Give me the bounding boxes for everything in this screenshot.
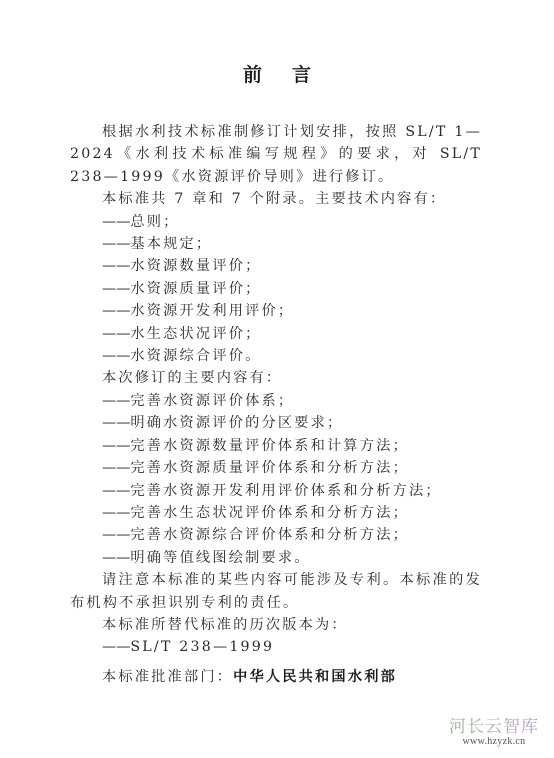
- list-item: ——水资源综合评价。: [70, 345, 482, 367]
- list-item: ——完善水资源开发利用评价体系和分析方法；: [70, 480, 482, 502]
- list-item-text: 水资源开发利用评价；: [130, 303, 294, 319]
- dash: ——: [102, 258, 130, 274]
- list-item-text: 水资源综合评价。: [130, 348, 261, 364]
- approval-label: 本标准批准部门：: [102, 669, 233, 685]
- list-item-text: 水资源数量评价；: [130, 258, 261, 274]
- structure-paragraph: 本标准共 7 章和 7 个附录。主要技术内容有：: [70, 188, 482, 210]
- list-item-text: 完善水资源质量评价体系和分析方法；: [130, 460, 409, 476]
- intro-paragraph: 根据水利技术标准制修订计划安排，按照 SL/T 1—2024《水利技术标准编写规…: [70, 121, 482, 188]
- list-item: ——完善水资源综合评价体系和分析方法；: [70, 524, 482, 546]
- list-item-text: 总则；: [130, 214, 179, 230]
- dash: ——: [102, 438, 130, 454]
- approval-line: 本标准批准部门：中华人民共和国水利部: [102, 666, 397, 688]
- patent-notice: 请注意本标准的某些内容可能涉及专利。本标准的发布机构不承担识别专利的责任。: [70, 569, 482, 614]
- list-item-text: 完善水资源综合评价体系和分析方法；: [130, 527, 409, 543]
- list-item: ——水资源开发利用评价；: [70, 300, 482, 322]
- list-item-text: 明确等值线图绘制要求。: [130, 550, 310, 566]
- list-item-text: 水生态状况评价；: [130, 326, 261, 342]
- list-item: ——完善水生态状况评价体系和分析方法；: [70, 502, 482, 524]
- dash: ——: [102, 214, 130, 230]
- dash: ——: [102, 415, 130, 431]
- list-item: ——完善水资源质量评价体系和分析方法；: [70, 457, 482, 479]
- list-item: ——总则；: [70, 211, 482, 233]
- list-item: ——水资源数量评价；: [70, 255, 482, 277]
- dash: ——: [102, 460, 130, 476]
- page-title: 前言: [0, 60, 554, 87]
- list-item: ——明确等值线图绘制要求。: [70, 547, 482, 569]
- dash: ——: [102, 550, 130, 566]
- revision-heading: 本次修订的主要内容有：: [70, 367, 482, 389]
- list-item-text: 明确水资源评价的分区要求；: [130, 415, 343, 431]
- revision-items-list: ——完善水资源评价体系； ——明确水资源评价的分区要求； ——完善水资源数量评价…: [70, 390, 482, 569]
- list-item: ——基本规定；: [70, 233, 482, 255]
- list-item: ——完善水资源评价体系；: [70, 390, 482, 412]
- watermark-url: www.hzyzk.cn: [444, 736, 544, 748]
- history-heading: 本标准所替代标准的历次版本为：: [70, 614, 482, 636]
- dash: ——: [102, 326, 130, 342]
- document-body: 根据水利技术标准制修订计划安排，按照 SL/T 1—2024《水利技术标准编写规…: [70, 121, 482, 659]
- list-item: ——完善水资源数量评价体系和计算方法；: [70, 435, 482, 457]
- document-page: 前言 根据水利技术标准制修订计划安排，按照 SL/T 1—2024《水利技术标准…: [0, 0, 554, 758]
- approval-org: 中华人民共和国水利部: [233, 669, 397, 685]
- list-item: ——水资源质量评价；: [70, 278, 482, 300]
- list-item-text: 完善水生态状况评价体系和分析方法；: [130, 505, 409, 521]
- list-item: ——水生态状况评价；: [70, 323, 482, 345]
- dash: ——: [102, 505, 130, 521]
- dash: ——: [102, 393, 130, 409]
- list-item: ——明确水资源评价的分区要求；: [70, 412, 482, 434]
- history-list: ——SL/T 238—1999: [70, 636, 482, 658]
- watermark-name: 河长云智库: [444, 718, 544, 736]
- list-item-text: SL/T 238—1999: [130, 639, 274, 655]
- list-item-text: 完善水资源数量评价体系和计算方法；: [130, 438, 409, 454]
- dash: ——: [102, 303, 130, 319]
- list-item-text: 完善水资源开发利用评价体系和分析方法；: [130, 483, 441, 499]
- dash: ——: [102, 527, 130, 543]
- list-item-text: 完善水资源评价体系；: [130, 393, 294, 409]
- list-item: ——SL/T 238—1999: [70, 636, 482, 658]
- list-item-text: 基本规定；: [130, 236, 212, 252]
- dash: ——: [102, 281, 130, 297]
- watermark-logo: 河长云智库 www.hzyzk.cn: [444, 718, 544, 748]
- dash: ——: [102, 483, 130, 499]
- main-contents-list: ——总则； ——基本规定； ——水资源数量评价； ——水资源质量评价； ——水资…: [70, 211, 482, 368]
- dash: ——: [102, 639, 130, 655]
- dash: ——: [102, 236, 130, 252]
- list-item-text: 水资源质量评价；: [130, 281, 261, 297]
- dash: ——: [102, 348, 130, 364]
